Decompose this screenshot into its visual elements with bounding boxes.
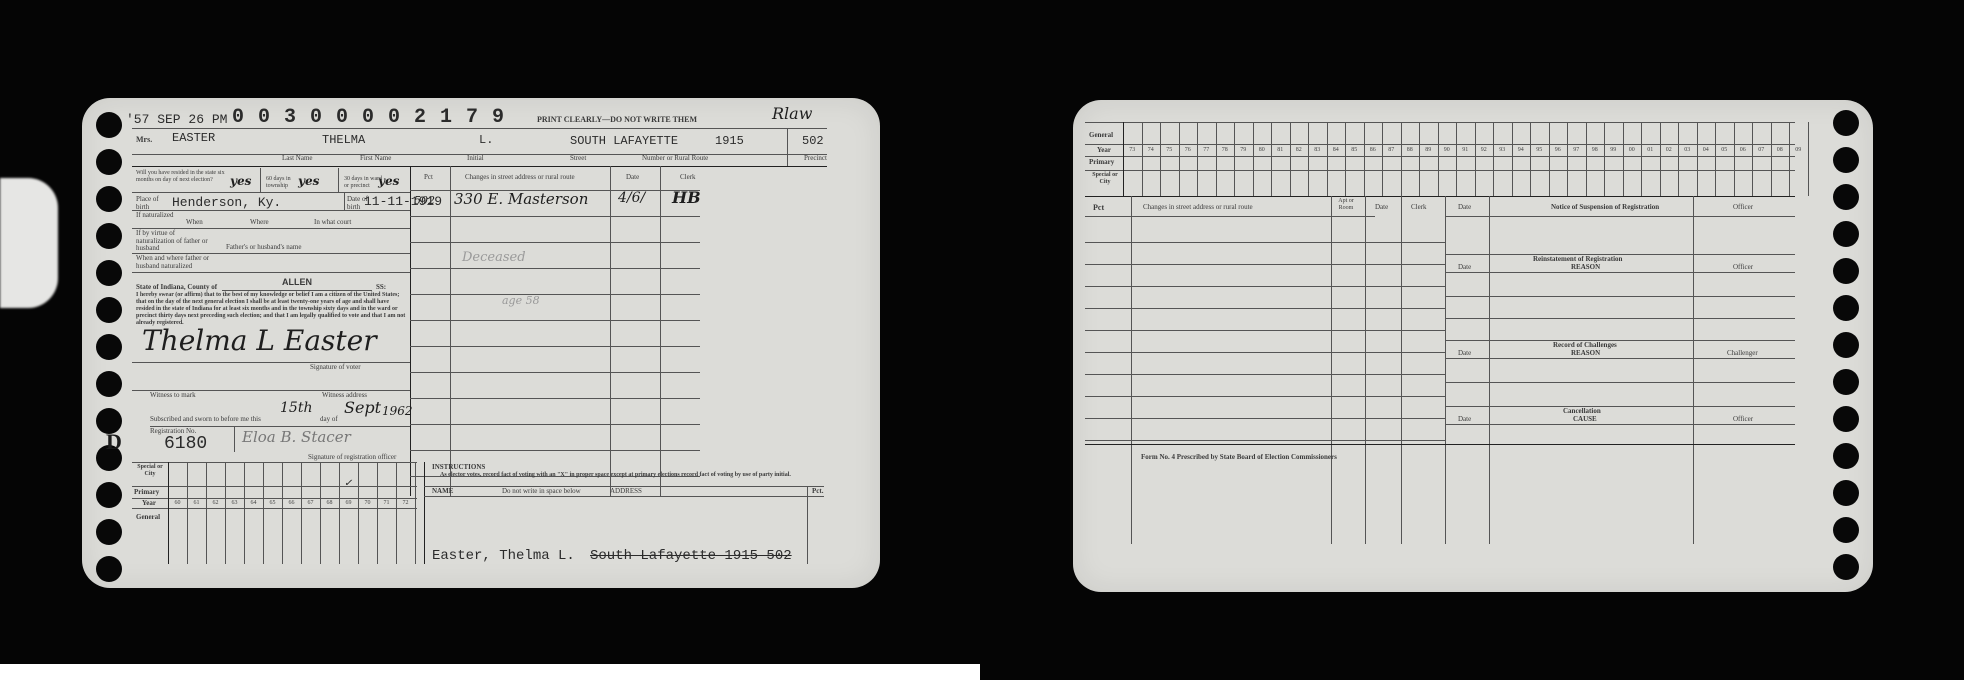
last-name-value: EASTER	[172, 131, 215, 145]
year-cell: 91	[1456, 147, 1475, 153]
state-county-label: State of Indiana, County of	[136, 284, 217, 292]
punch-hole	[1833, 258, 1859, 284]
county-value: ALLEN	[282, 278, 312, 288]
voter-signature: Thelma L Easter	[142, 324, 377, 357]
cancellation-date: Date	[1458, 416, 1471, 424]
registration-number: 6180	[164, 434, 207, 454]
cancellation-cause: CAUSE	[1573, 416, 1597, 424]
when-label: When	[186, 219, 203, 227]
year-cell: 81	[1271, 147, 1290, 153]
back-grid-general: General	[1089, 132, 1113, 140]
party-letter: D	[106, 430, 122, 454]
change-date: 4/6/	[618, 190, 645, 206]
reinstatement-reason: REASON	[1571, 264, 1600, 272]
first-name-value: THELMA	[322, 133, 365, 147]
year-cell: 94	[1512, 147, 1531, 153]
year-cell: 86	[1364, 147, 1383, 153]
footer-address-label: ADDRESS	[610, 488, 642, 496]
sworn-year: 1962	[382, 404, 413, 418]
back-apt-header: Apt or Room	[1335, 198, 1357, 211]
clerk-header: Clerk	[680, 174, 696, 182]
print-clearly-notice: PRINT CLEARLY—DO NOT WRITE THEM	[537, 116, 697, 125]
street-value: SOUTH LAFAYETTE	[570, 134, 678, 148]
year-cell: 04	[1697, 147, 1716, 153]
back-grid-year: Year	[1097, 147, 1111, 155]
challenges-date: Date	[1458, 350, 1471, 358]
initial-label: Initial	[467, 155, 484, 163]
voter-signature-label: Signature of voter	[310, 364, 361, 372]
by-virtue-label: If by virtue of naturalization of father…	[136, 230, 208, 253]
footer-pct-label: Pct.	[812, 488, 823, 496]
back-clerk-header: Clerk	[1411, 204, 1427, 212]
date-header: Date	[626, 174, 639, 182]
punch-hole	[1833, 295, 1859, 321]
residence-state-answer: yes	[230, 174, 251, 188]
officer-signature-label: Signature of registration officer	[308, 454, 396, 462]
first-name-label: First Name	[360, 155, 391, 163]
primary-mark: ✓	[344, 478, 352, 489]
punch-hole	[1833, 443, 1859, 469]
punch-hole	[1833, 332, 1859, 358]
footer-name-label: NAME	[432, 488, 453, 496]
year-cell: 82	[1290, 147, 1309, 153]
grid-label-special: Special or City	[134, 464, 166, 477]
ward-answer: yes	[378, 174, 399, 188]
punch-hole	[1833, 517, 1859, 543]
punch-hole	[96, 556, 122, 582]
suspension-date: Date	[1458, 204, 1471, 212]
back-grid-primary: Primary	[1089, 159, 1114, 167]
punch-hole	[1833, 406, 1859, 432]
back-card: General Year Primary Special or City Pct…	[1073, 100, 1873, 592]
year-cell: 07	[1752, 147, 1771, 153]
year-cell: 05	[1715, 147, 1734, 153]
subscribed-label: Subscribed and sworn to before me this	[150, 416, 261, 424]
corner-mark: Rlaw	[772, 104, 812, 123]
grid-label-primary: Primary	[134, 489, 159, 497]
year-cell: 96	[1549, 147, 1568, 153]
year-cell: 09	[1789, 147, 1808, 153]
faint-note-age: age 58	[502, 294, 540, 307]
punch-hole	[96, 186, 122, 212]
punch-hole	[96, 297, 122, 323]
year-cell: 65	[263, 500, 282, 506]
footer-address-value: South Lafayette 1915 502	[590, 548, 792, 564]
sworn-month: Sept	[344, 398, 381, 417]
year-cell: 98	[1586, 147, 1605, 153]
film-edge-blob	[0, 178, 58, 308]
year-cell: 90	[1438, 147, 1457, 153]
street-label: Street	[570, 155, 586, 163]
year-cell: 71	[377, 500, 396, 506]
punch-hole	[96, 112, 122, 138]
initial-value: L.	[479, 133, 493, 147]
punch-hole	[1833, 221, 1859, 247]
precinct-value: 502	[802, 134, 824, 148]
white-bar	[0, 664, 980, 680]
where-label: Where	[250, 219, 269, 227]
punch-hole	[1833, 369, 1859, 395]
year-cell: 76	[1179, 147, 1198, 153]
year-cell: 64	[244, 500, 263, 506]
pct-header: Pct	[424, 174, 433, 182]
year-cell: 79	[1234, 147, 1253, 153]
punch-hole	[1833, 110, 1859, 136]
footer-name-value: Easter, Thelma L.	[432, 548, 575, 564]
year-cell: 66	[282, 500, 301, 506]
footer-do-not-write: Do not write in space below	[502, 488, 581, 496]
reinstatement-officer: Officer	[1733, 264, 1753, 272]
punch-hole	[96, 334, 122, 360]
punch-hole	[1833, 554, 1859, 580]
suspension-officer: Officer	[1733, 204, 1753, 212]
challenges-challenger: Challenger	[1727, 350, 1758, 358]
year-cell: 67	[301, 500, 320, 506]
year-cell: 92	[1475, 147, 1494, 153]
punch-hole	[96, 519, 122, 545]
year-cell: 01	[1641, 147, 1660, 153]
punch-hole	[96, 260, 122, 286]
punch-hole	[1833, 184, 1859, 210]
change-address: 330 E. Masterson	[454, 190, 588, 208]
punch-hole	[96, 482, 122, 508]
year-cell: 85	[1345, 147, 1364, 153]
year-cell: 03	[1678, 147, 1697, 153]
year-cell: 62	[206, 500, 225, 506]
faint-note-deceased: Deceased	[462, 250, 526, 265]
front-card: '57 SEP 26 PM 0 0 3 0 0 0 0 2 1 7 9 PRIN…	[82, 98, 880, 588]
year-cell: 89	[1419, 147, 1438, 153]
year-cell: 61	[187, 500, 206, 506]
year-cell: 68	[320, 500, 339, 506]
year-cell: 08	[1771, 147, 1790, 153]
title-prefix: Mrs.	[136, 136, 152, 145]
naturalized-label: If naturalized	[136, 212, 176, 220]
year-cell: 87	[1382, 147, 1401, 153]
precinct-label: Precinct	[804, 155, 827, 163]
serial-number: 0 0 3 0 0 0 0 2 1 7 9	[232, 106, 505, 129]
when-where-father-label: When and where father or husband natural…	[136, 255, 216, 270]
year-cell: 95	[1530, 147, 1549, 153]
punch-hole	[96, 371, 122, 397]
place-of-birth-value: Henderson, Ky.	[172, 195, 281, 210]
grid-label-year: Year	[142, 500, 156, 508]
year-cell: 75	[1160, 147, 1179, 153]
year-cell: 97	[1567, 147, 1586, 153]
father-husband-name-label: Father's or husband's name	[226, 244, 301, 252]
last-name-label: Last Name	[282, 155, 313, 163]
year-cell: 73	[1123, 147, 1142, 153]
punch-hole	[1833, 480, 1859, 506]
suspension-title: Notice of Suspension of Registration	[1551, 204, 1659, 212]
year-cell: 72	[396, 500, 415, 506]
punch-hole	[1833, 147, 1859, 173]
court-label: In what court	[314, 219, 351, 227]
year-cell: 06	[1734, 147, 1753, 153]
year-cell: 69	[339, 500, 358, 506]
cancellation-officer: Officer	[1733, 416, 1753, 424]
residence-state-label: Will you have resided in the state six m…	[136, 170, 226, 183]
punch-hole	[96, 149, 122, 175]
township-answer: yes	[298, 174, 319, 188]
year-cell: 84	[1327, 147, 1346, 153]
officer-signature: Eloa B. Stacer	[242, 428, 351, 446]
back-date-header: Date	[1375, 204, 1388, 212]
change-clerk: HB	[672, 188, 701, 207]
year-cell: 02	[1660, 147, 1679, 153]
punch-hole	[96, 223, 122, 249]
form-footer: Form No. 4 Prescribed by State Board of …	[1141, 454, 1337, 462]
year-cell: 77	[1197, 147, 1216, 153]
year-cell: 60	[168, 500, 187, 506]
year-cell: 63	[225, 500, 244, 506]
sworn-day: 15th	[280, 400, 312, 416]
oath-text: I hereby swear (or affirm) that to the b…	[136, 292, 408, 327]
day-of-label: day of	[320, 416, 338, 424]
year-cell: 70	[358, 500, 377, 506]
witness-mark-label: Witness to mark	[150, 392, 196, 400]
year-cell: 83	[1308, 147, 1327, 153]
ss-label: SS:	[376, 284, 386, 292]
year-cell: 00	[1623, 147, 1642, 153]
grid-label-general: General	[136, 514, 160, 522]
instructions-title: INSTRUCTIONS	[432, 464, 485, 472]
back-changes-header: Changes in street address or rural route	[1143, 204, 1253, 212]
reinstatement-date: Date	[1458, 264, 1471, 272]
year-cell: 88	[1401, 147, 1420, 153]
year-cell: 80	[1253, 147, 1272, 153]
year-cell: 93	[1493, 147, 1512, 153]
year-cell: 78	[1216, 147, 1235, 153]
instructions-text: As elector votes, record fact of voting …	[440, 472, 870, 479]
back-grid-special: Special or City	[1091, 172, 1119, 185]
back-pct-header: Pct	[1093, 204, 1104, 213]
number-route-label: Number or Rural Route	[642, 155, 708, 163]
challenges-reason: REASON	[1571, 350, 1600, 358]
year-cell: 99	[1604, 147, 1623, 153]
changes-header: Changes in street address or rural route	[465, 174, 575, 182]
year-cell: 74	[1142, 147, 1161, 153]
date-of-birth-value: 11-11-1919	[364, 194, 408, 209]
date-stamp: '57 SEP 26 PM	[126, 112, 227, 127]
street-number-value: 1915	[715, 134, 744, 148]
